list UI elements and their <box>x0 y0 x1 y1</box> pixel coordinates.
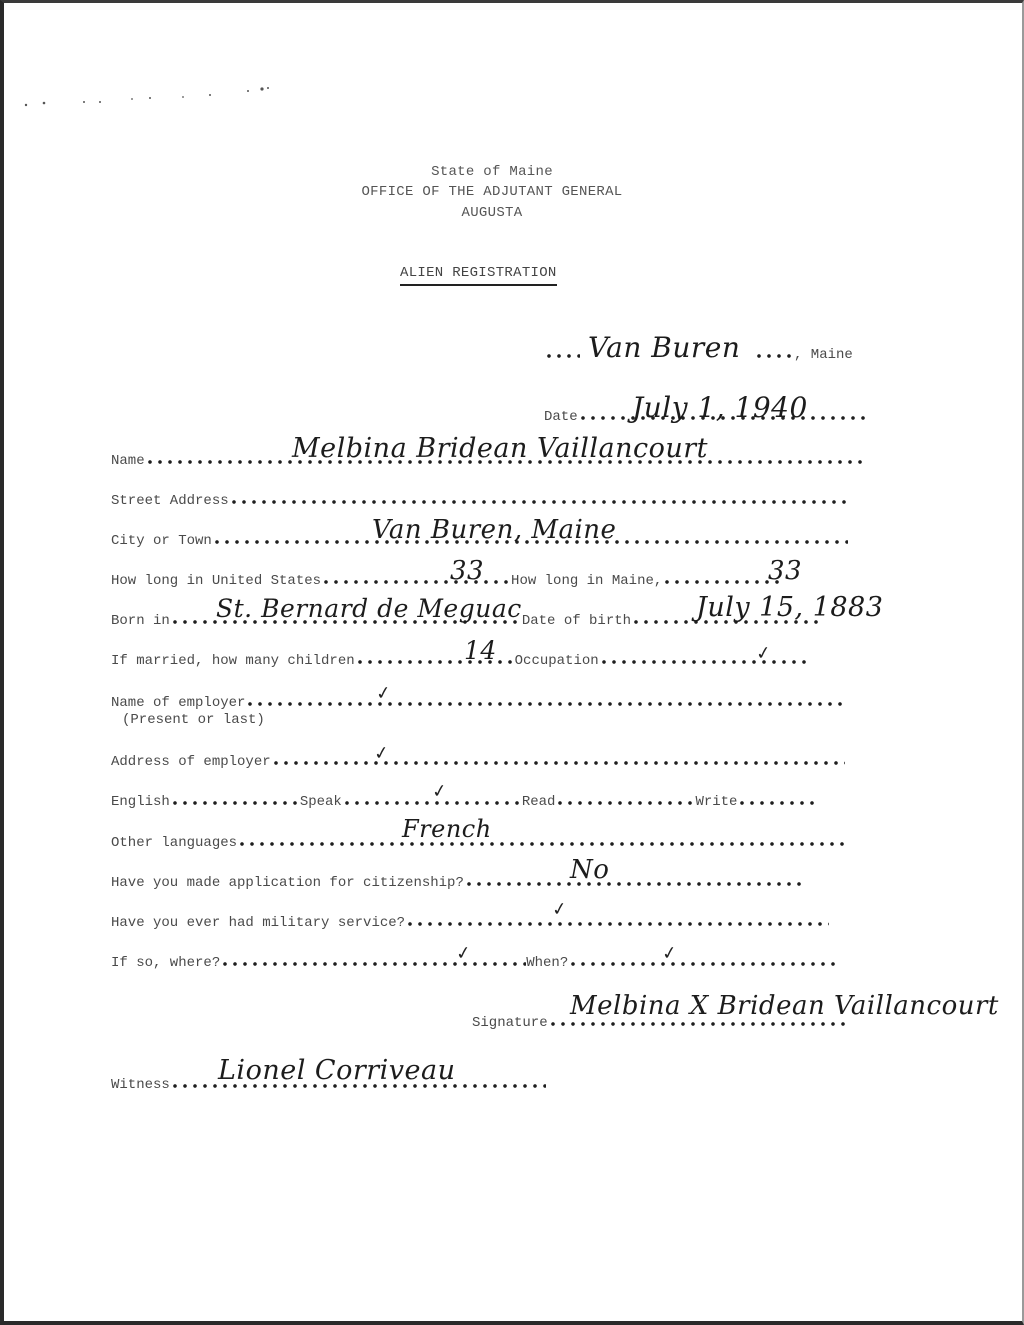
english-row: EnglishSpeakReadWrite <box>111 792 817 812</box>
read-label: Read <box>522 794 556 810</box>
military-where-value[interactable]: ✓ <box>455 942 473 965</box>
street-address-label: Street Address <box>111 493 229 509</box>
header-office: OFFICE OF THE ADJUTANT GENERAL <box>0 183 1004 202</box>
dot-leader <box>245 701 845 707</box>
signature-value[interactable]: Melbina X Bridean Vaillancourt <box>570 991 999 1021</box>
street-address-row: Street Address <box>111 491 847 511</box>
place-town-value[interactable]: Van Buren <box>588 331 740 364</box>
citizenship-label: Have you made application for citizenshi… <box>111 875 464 891</box>
dot-leader <box>568 961 840 967</box>
military-row: Have you ever had military service? <box>111 913 829 933</box>
header-city: AUGUSTA <box>0 204 1004 223</box>
dot-leader <box>220 961 526 967</box>
name-label: Name <box>111 453 145 469</box>
military-details-row: If so, where?When? <box>111 953 840 973</box>
city-value[interactable]: Van Buren, Maine <box>372 515 616 545</box>
years-us-value[interactable]: 33 <box>450 556 484 586</box>
children-label: If married, how many children <box>111 653 355 669</box>
employer-address-row: Address of employer <box>111 752 845 772</box>
document-page: State of Maine OFFICE OF THE ADJUTANT GE… <box>0 0 1024 1325</box>
when-label: When? <box>526 955 568 971</box>
date-of-birth-label: Date of birth <box>522 613 631 629</box>
citizenship-row: Have you made application for citizenshi… <box>111 873 804 893</box>
form-title: ALIEN REGISTRATION <box>400 265 557 286</box>
dot-leader <box>405 921 829 927</box>
children-value[interactable]: 14 <box>464 636 497 665</box>
years-maine-value[interactable]: 33 <box>768 556 802 586</box>
dot-leader <box>170 800 300 806</box>
employer-address-label: Address of employer <box>111 754 271 770</box>
signature-label: Signature <box>472 1015 548 1031</box>
dot-leader <box>237 841 849 847</box>
residency-row: How long in United StatesHow long in Mai… <box>111 571 782 591</box>
where-label: If so, where? <box>111 955 220 971</box>
employer-name-row: Name of employer <box>111 693 845 713</box>
english-speak-value[interactable]: ✓ <box>431 780 449 803</box>
military-when-value[interactable]: ✓ <box>661 942 679 965</box>
english-write-value[interactable] <box>737 800 817 806</box>
occupation-value[interactable]: ✓ <box>755 642 773 665</box>
citizenship-value[interactable]: No <box>570 855 609 885</box>
years-maine-label: How long in Maine, <box>511 573 662 589</box>
name-value[interactable]: Melbina Bridean Vaillancourt <box>292 433 708 464</box>
date-label: Date <box>544 409 578 425</box>
dot-leader <box>342 800 522 806</box>
header-state: State of Maine <box>0 163 1004 182</box>
employer-name-value[interactable]: ✓ <box>375 682 393 705</box>
other-languages-value[interactable]: French <box>402 815 492 843</box>
date-value[interactable]: July 1, 1940 <box>632 391 808 424</box>
date-of-birth-value[interactable]: July 15, 1883 <box>696 592 883 623</box>
children-row: If married, how many childrenOccupation <box>111 651 809 671</box>
dot-leader <box>271 760 845 766</box>
dot-leader <box>544 353 580 359</box>
employer-address-value[interactable]: ✓ <box>373 742 391 765</box>
dot-leader <box>464 881 804 887</box>
born-in-value[interactable]: St. Bernard de Meguac <box>216 594 522 623</box>
military-value[interactable]: ✓ <box>551 898 569 921</box>
employer-name-label: Name of employer <box>111 695 245 711</box>
employer-name-sublabel: (Present or last) <box>122 712 265 728</box>
witness-value[interactable]: Lionel Corriveau <box>218 1055 456 1086</box>
other-languages-label: Other languages <box>111 835 237 851</box>
city-label: City or Town <box>111 533 212 549</box>
dot-leader <box>548 1021 848 1027</box>
dot-leader <box>599 659 809 665</box>
scan-artifact-streak <box>18 81 278 111</box>
witness-label: Witness <box>111 1077 170 1093</box>
write-label: Write <box>695 794 737 810</box>
speak-label: Speak <box>300 794 342 810</box>
dot-leader <box>754 353 794 359</box>
place-state-label: , Maine <box>794 347 853 363</box>
english-label: English <box>111 794 170 810</box>
occupation-label: Occupation <box>515 653 599 669</box>
years-us-label: How long in United States <box>111 573 321 589</box>
born-in-label: Born in <box>111 613 170 629</box>
english-read-value[interactable] <box>555 800 695 806</box>
street-address-value[interactable] <box>229 499 847 505</box>
military-label: Have you ever had military service? <box>111 915 405 931</box>
dot-leader <box>662 579 782 585</box>
